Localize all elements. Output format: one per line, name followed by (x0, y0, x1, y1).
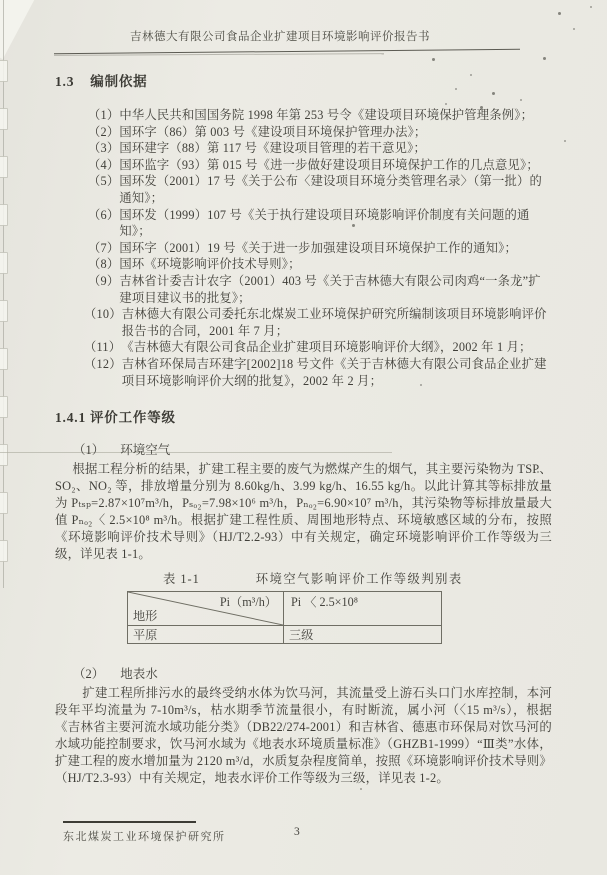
reference-item: （10）吉林德大有限公司委托东北煤炭工业环境保护研究所编制该项目环境影响评价报告… (55, 306, 552, 339)
reference-text: 国环发（1999）107 号《关于执行建设项目环境影响评价制度有关问题的通知》； (119, 207, 552, 240)
section-title: 评价工作等级 (90, 410, 176, 425)
reference-number: （5） (55, 173, 119, 206)
reference-item: （1）中华人民共和国国务院 1998 年第 253 号令《建设项目环境保护管理条… (55, 107, 552, 124)
reference-text: 国环监字（93）第 015 号《进一步做好建设项目环境保护工作的几点意见》； (119, 157, 552, 174)
reference-number: （8） (55, 256, 119, 273)
reference-number: （9） (55, 273, 119, 306)
table-1-1-caption: 表 1-1 环境空气影响评价工作等级判别表 (55, 569, 552, 587)
reference-number: （12） (55, 356, 122, 389)
air-paragraph: 根据工程分析的结果，扩建工程主要的废气为燃煤产生的烟气，其主要污染物为 TSP、… (55, 461, 552, 563)
page-content: 1.3编制依据 （1）中华人民共和国国务院 1998 年第 253 号令《建设项… (55, 62, 552, 787)
reference-list: （1）中华人民共和国国务院 1998 年第 253 号令《建设项目环境保护管理条… (55, 107, 552, 389)
reference-item: （9）吉林省计委吉计农字（2001）403 号《关于吉林德大有限公司肉鸡“一条龙… (55, 273, 552, 306)
reference-number: （7） (55, 240, 119, 257)
reference-item: （11）《吉林德大有限公司食品企业扩建项目环境影响评价大纲》，2002 年 1 … (55, 339, 552, 356)
reference-item: （6）国环发（1999）107 号《关于执行建设项目环境影响评价制度有关问题的通… (55, 207, 552, 240)
section-number: 1.3 (55, 74, 74, 89)
reference-text: 《吉林德大有限公司食品企业扩建项目环境影响评价大纲》，2002 年 1 月； (121, 339, 552, 356)
subsection-label: （2） (73, 664, 104, 682)
reference-number: （11） (55, 339, 121, 356)
reference-text: 国环建字（88）第 117 号《建设项目管理的若干意见》； (119, 140, 552, 157)
table-corner-cell: Pi（m³/h） 地形 (128, 592, 284, 626)
reference-text: 吉林省计委吉计农字（2001）403 号《关于吉林德大有限公司肉鸡“一条龙”扩建… (119, 273, 552, 306)
reference-number: （3） (55, 140, 119, 157)
reference-item: （8）国环《环境影响评价技术导则》； (55, 256, 552, 273)
table-cell-terrain: 平原 (128, 626, 284, 644)
reference-number: （1） (55, 107, 119, 124)
report-header-title: 吉林德大有限公司食品企业扩建项目环境影响评价报告书 (0, 28, 560, 44)
table-row: 平原 三级 (128, 626, 442, 644)
subsection-title: 地表水 (120, 664, 158, 682)
reference-number: （2） (55, 124, 119, 141)
reference-text: 吉林德大有限公司委托东北煤炭工业环境保护研究所编制该项目环境影响评价报告书的合同… (122, 306, 552, 339)
water-paragraph: 扩建工程所排污水的最终受纳水体为饮马河，其流量受上游石头口门水库控制，本河段年平… (55, 685, 552, 787)
corner-header-pi: Pi（m³/h） (220, 593, 277, 610)
table-cell-grade: 三级 (284, 626, 442, 644)
footer-organization: 东北煤炭工业环境保护研究所 (63, 828, 226, 844)
reference-item: （7）国环字（2001）19 号《关于进一步加强建设项目环境保护工作的通知》； (55, 240, 552, 257)
reference-item: （4）国环监字（93）第 015 号《进一步做好建设项目环境保护工作的几点意见》… (55, 157, 552, 174)
table-header-threshold: Pi 〈 2.5×10⁸ (284, 592, 442, 626)
table-caption-label: 表 1-1 (163, 569, 200, 587)
subsection-air: （1）环境空气 (55, 440, 552, 458)
table-caption-title: 环境空气影响评价工作等级判别表 (256, 569, 463, 587)
reference-item: （2）国环字（86）第 003 号《建设项目环境保护管理办法》； (55, 124, 552, 141)
section-heading-1-4-1: 1.4.1评价工作等级 (55, 406, 552, 426)
subsection-label: （1） (73, 440, 104, 458)
corner-header-terrain: 地形 (133, 607, 157, 624)
section-heading-1-3: 1.3编制依据 (55, 70, 552, 90)
reference-text: 国环字（2001）19 号《关于进一步加强建设项目环境保护工作的通知》； (119, 240, 552, 257)
document-page: 吉林德大有限公司食品企业扩建项目环境影响评价报告书 1.3编制依据 （1）中华人… (0, 0, 607, 875)
reference-item: （3）国环建字（88）第 117 号《建设项目管理的若干意见》； (55, 140, 552, 157)
subsection-title: 环境空气 (120, 440, 170, 458)
table-1-1: Pi（m³/h） 地形 Pi 〈 2.5×10⁸ 平原 三级 (127, 591, 442, 644)
footer-rule (63, 821, 196, 823)
reference-number: （6） (55, 207, 119, 240)
reference-number: （4） (55, 157, 119, 174)
reference-item: （12）吉林省环保局吉环建字[2002]18 号文件《关于吉林德大有限公司食品企… (55, 356, 552, 389)
reference-number: （10） (55, 306, 122, 339)
subsection-water: （2）地表水 (55, 664, 552, 682)
reference-text: 吉林省环保局吉环建字[2002]18 号文件《关于吉林德大有限公司食品企业扩建项… (122, 356, 552, 389)
section-title: 编制依据 (90, 74, 147, 89)
page-number: 3 (294, 826, 300, 838)
reference-text: 国环字（86）第 003 号《建设项目环境保护管理办法》； (119, 124, 552, 141)
section-number: 1.4.1 (55, 410, 86, 425)
reference-text: 国环《环境影响评价技术导则》； (119, 256, 552, 273)
reference-text: 中华人民共和国国务院 1998 年第 253 号令《建设项目环境保护管理条例》； (119, 107, 552, 124)
reference-text: 国环发（2001）17 号《关于公布〈建设项目环境分类管理名录〉（第一批）的通知… (119, 173, 552, 206)
reference-item: （5）国环发（2001）17 号《关于公布〈建设项目环境分类管理名录〉（第一批）… (55, 173, 552, 206)
